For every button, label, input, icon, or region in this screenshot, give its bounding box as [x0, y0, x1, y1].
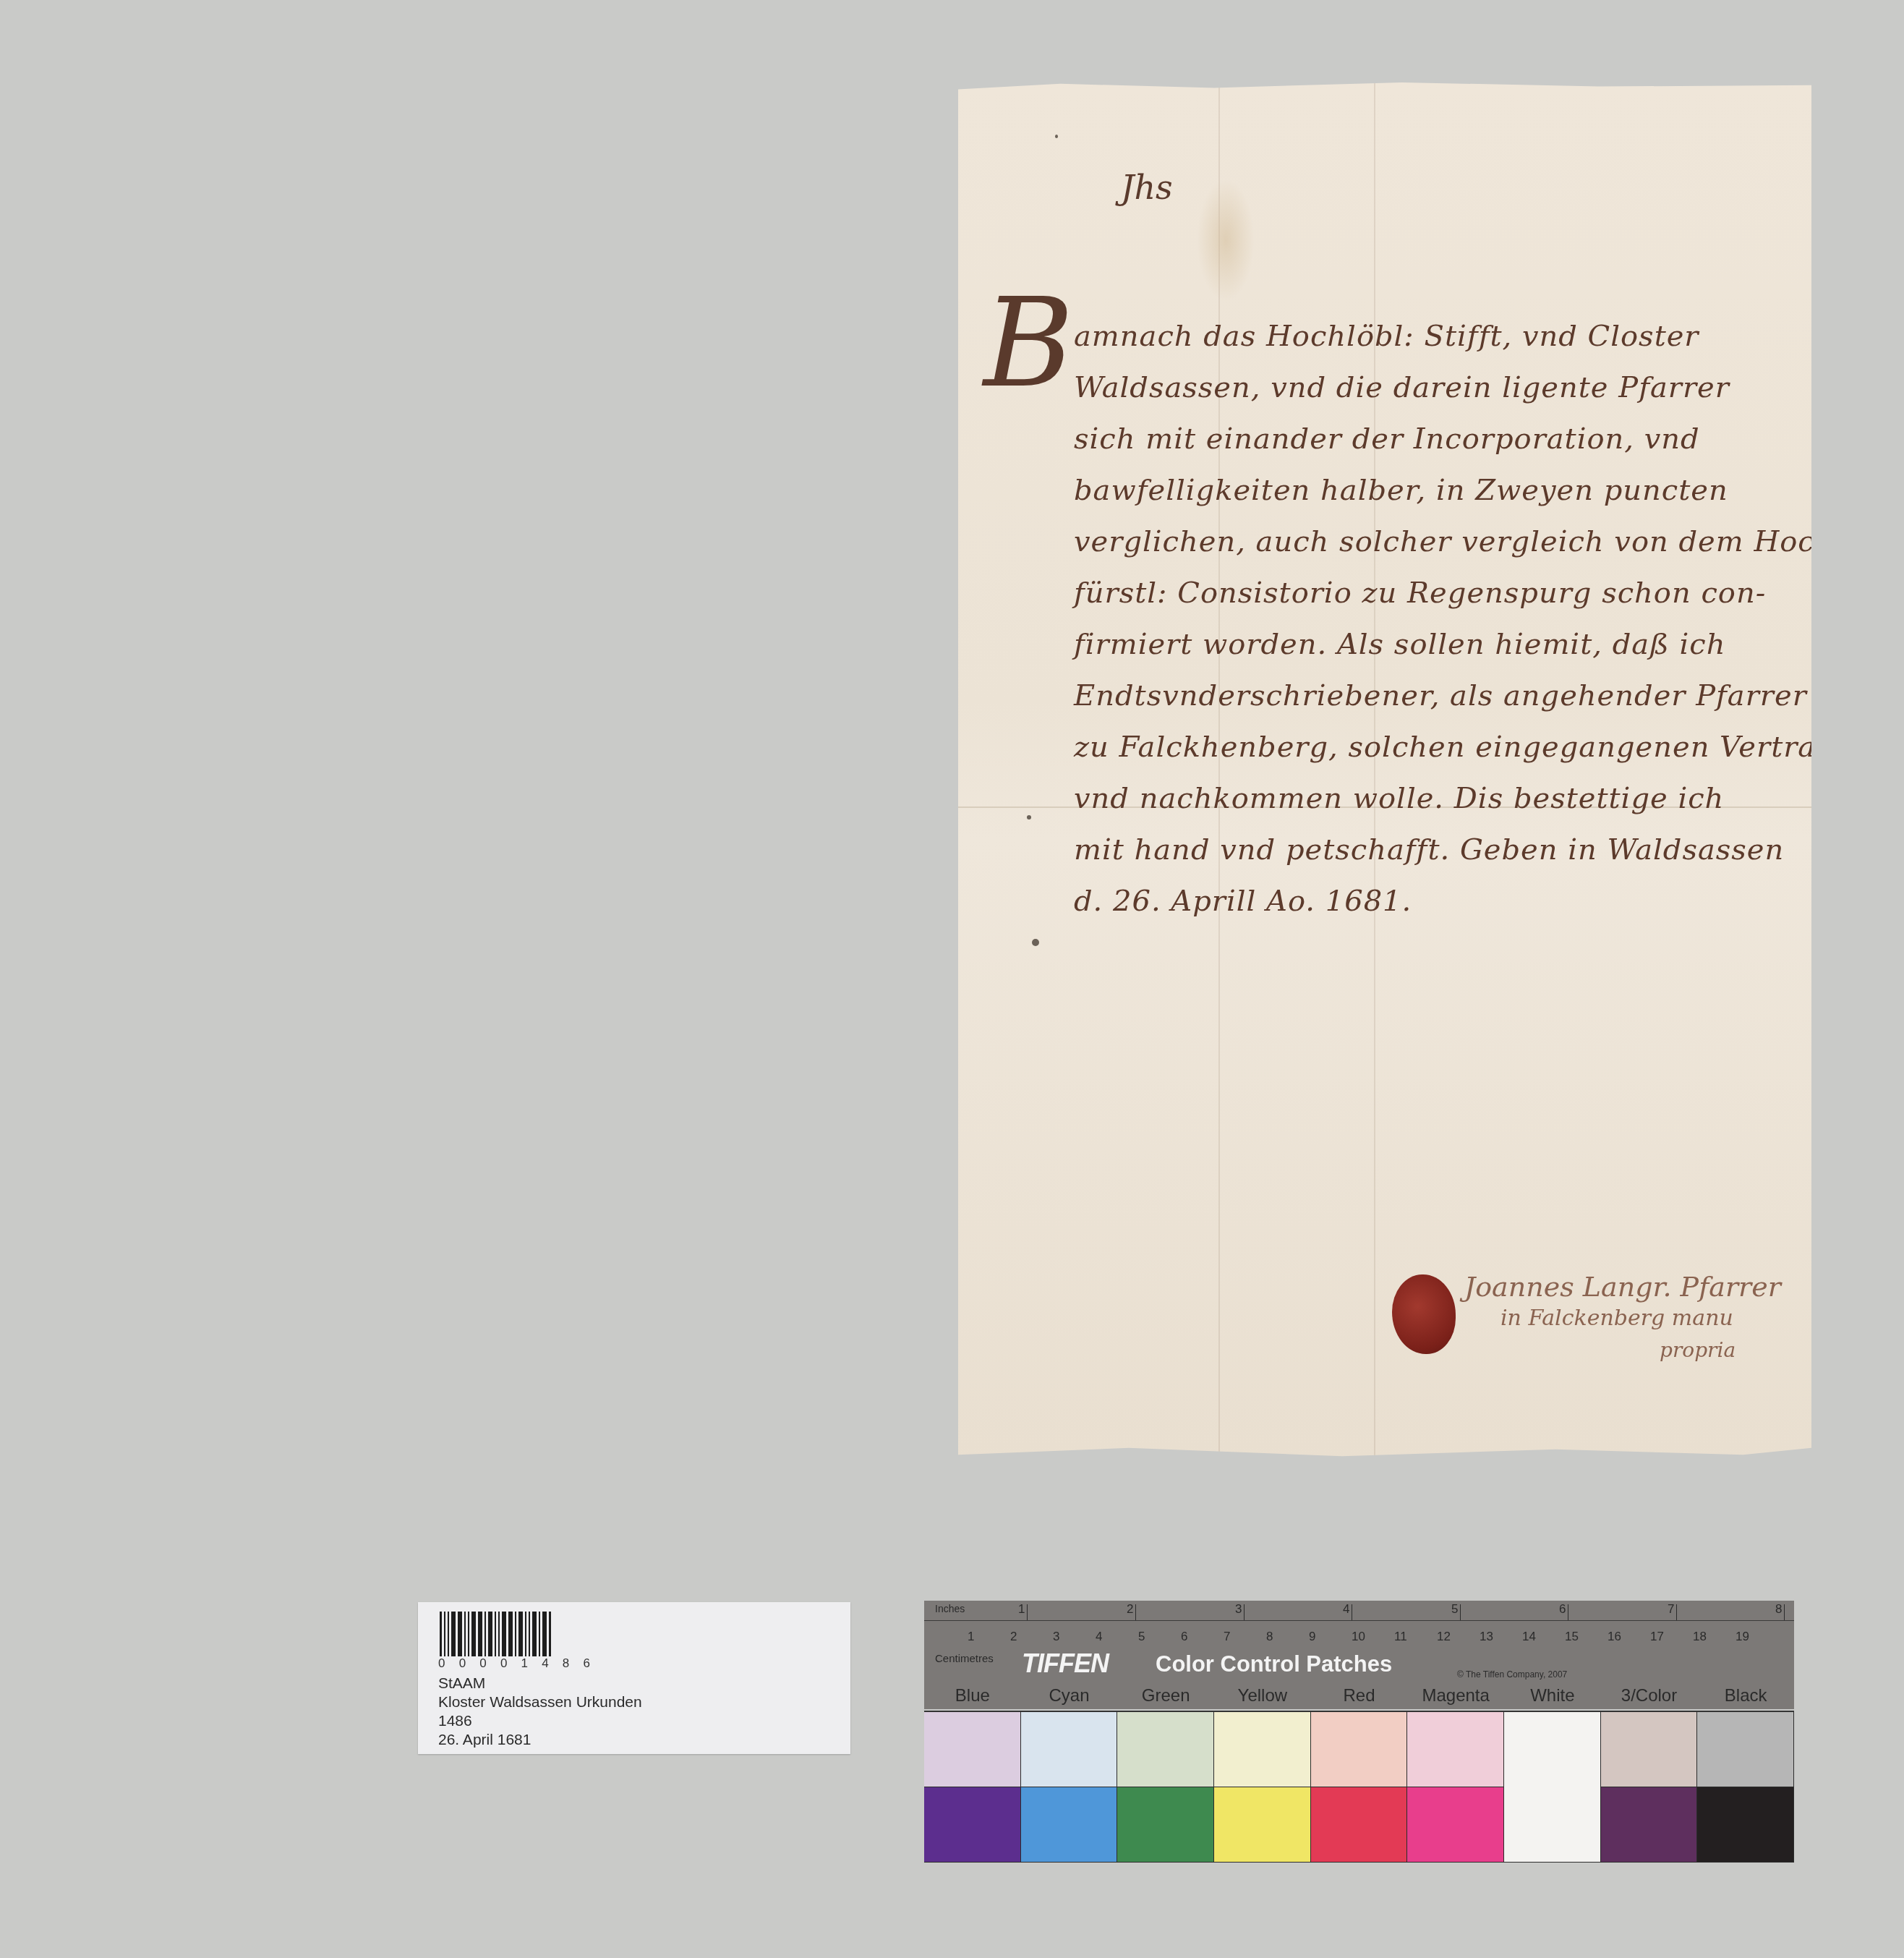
patch-white-light — [1504, 1712, 1601, 1863]
inch-mark: 6 — [1559, 1602, 1566, 1617]
cm-mark: 10 — [1352, 1630, 1365, 1644]
patch-3-color-light — [1601, 1712, 1698, 1787]
cm-mark: 15 — [1565, 1630, 1579, 1644]
text-line: Endtsvnderschriebener, als angehender Pf… — [1034, 671, 1772, 722]
cm-mark: 9 — [1309, 1630, 1315, 1644]
cm-mark: 16 — [1608, 1630, 1621, 1644]
patch-magenta-light — [1407, 1712, 1504, 1787]
inch-mark: 5 — [1451, 1602, 1458, 1617]
text-line: sich mit einander der Incorporation, vnd — [1034, 414, 1772, 465]
archive-label: 0 0 0 0 1 4 8 6 StAAM Kloster Waldsassen… — [418, 1602, 850, 1754]
barcode-digit: 0 — [438, 1656, 445, 1671]
cm-mark: 18 — [1693, 1630, 1707, 1644]
collection-name: Kloster Waldsassen Urkunden — [438, 1693, 642, 1712]
patch-labels: Blue Cyan Green Yellow Red Magenta White… — [924, 1686, 1794, 1708]
inch-mark: 3 — [1235, 1602, 1242, 1617]
cm-mark: 12 — [1437, 1630, 1451, 1644]
signature-line: propria — [1464, 1335, 1781, 1366]
patch-yellow-light — [1214, 1712, 1311, 1787]
barcode-number: 0 0 0 0 1 4 8 6 — [438, 1656, 590, 1671]
centimetres-label: Centimetres — [935, 1653, 994, 1665]
patch-label: Yellow — [1214, 1686, 1311, 1708]
signature-line: Joannes Langr. Pfarrer — [1464, 1271, 1781, 1303]
patch-label: Cyan — [1021, 1686, 1118, 1708]
text-line: zu Falckhenberg, solchen eingegangenen V… — [1034, 722, 1772, 773]
color-control-strip: Inches 1 2 3 4 5 6 7 8 1 2 3 4 5 6 7 8 — [924, 1601, 1794, 1863]
text-line: verglichen, auch solcher vergleich von d… — [1034, 516, 1772, 568]
patch-label: Blue — [924, 1686, 1021, 1708]
patch-label: White — [1504, 1686, 1601, 1708]
cm-mark: 4 — [1096, 1630, 1102, 1644]
patch-green-light — [1117, 1712, 1214, 1787]
patch-label: Magenta — [1407, 1686, 1504, 1708]
patch-label: 3/Color — [1601, 1686, 1698, 1708]
patch-3-color-dark — [1601, 1787, 1698, 1863]
barcode-digit: 0 — [479, 1656, 486, 1671]
cm-mark: 7 — [1224, 1630, 1230, 1644]
cm-mark: 1 — [968, 1630, 974, 1644]
patch-cyan-light — [1021, 1712, 1118, 1787]
cm-mark: 3 — [1053, 1630, 1059, 1644]
patch-yellow-dark — [1214, 1787, 1311, 1863]
barcode-digit: 0 — [459, 1656, 466, 1671]
inch-mark: 2 — [1127, 1602, 1133, 1617]
centimetre-ruler: 1 2 3 4 5 6 7 8 9 10 11 12 13 14 15 16 1… — [924, 1621, 1794, 1647]
barcode-digit: 4 — [542, 1656, 548, 1671]
patch-black-dark — [1697, 1787, 1794, 1863]
patch-blue-dark — [924, 1787, 1021, 1863]
patch-label: Black — [1697, 1686, 1794, 1708]
inch-mark: 4 — [1343, 1602, 1349, 1617]
strip-header: Inches 1 2 3 4 5 6 7 8 1 2 3 4 5 6 7 8 — [924, 1601, 1794, 1709]
invocation-heading: Jhs — [1121, 168, 1173, 207]
color-patch-grid — [924, 1711, 1794, 1863]
patch-label: Green — [1117, 1686, 1214, 1708]
patch-label: Red — [1311, 1686, 1408, 1708]
manuscript-page: Jhs B amnach das Hochlöbl: Stifft, vnd C… — [958, 81, 1811, 1459]
ink-speck — [1055, 135, 1058, 138]
text-line: fürstl: Consistorio zu Regenspurg schon … — [1034, 568, 1772, 619]
cm-mark: 14 — [1522, 1630, 1536, 1644]
text-line: vnd nachkommen wolle. Dis bestettige ich — [1034, 773, 1772, 825]
patch-magenta-dark — [1407, 1787, 1504, 1863]
barcode-digit: 0 — [500, 1656, 507, 1671]
patch-green-dark — [1117, 1787, 1214, 1863]
inch-ruler: Inches 1 2 3 4 5 6 7 8 — [924, 1601, 1794, 1621]
patch-red-light — [1311, 1712, 1408, 1787]
text-line: bawfelligkeiten halber, in Zweyen puncte… — [1034, 465, 1772, 516]
cm-mark: 11 — [1394, 1630, 1407, 1644]
barcode-digit: 6 — [583, 1656, 589, 1671]
barcode-digit: 1 — [521, 1656, 528, 1671]
copyright-text: © The Tiffen Company, 2007 — [1457, 1669, 1567, 1680]
inch-mark: 8 — [1775, 1602, 1782, 1617]
wax-seal-icon — [1392, 1274, 1456, 1354]
item-number: 1486 — [438, 1712, 642, 1731]
letter-body: amnach das Hochlöbl: Stifft, vnd Closter… — [1034, 311, 1772, 927]
cm-mark: 8 — [1266, 1630, 1273, 1644]
strip-title: Color Control Patches — [1156, 1651, 1392, 1677]
tiffen-logo: TIFFEN — [1022, 1648, 1109, 1679]
inches-label: Inches — [935, 1603, 965, 1614]
cm-mark: 19 — [1736, 1630, 1749, 1644]
patch-blue-light — [924, 1712, 1021, 1787]
label-text: StAAM Kloster Waldsassen Urkunden 1486 2… — [438, 1674, 642, 1750]
cm-mark: 13 — [1480, 1630, 1493, 1644]
patch-black-light — [1697, 1712, 1794, 1787]
text-line: Waldsassen, vnd die darein ligente Pfarr… — [1034, 362, 1772, 414]
ink-speck — [1032, 939, 1039, 946]
barcode-digit: 8 — [563, 1656, 569, 1671]
text-line: amnach das Hochlöbl: Stifft, vnd Closter — [1034, 311, 1772, 362]
inch-mark: 1 — [1018, 1602, 1025, 1617]
cm-mark: 2 — [1010, 1630, 1017, 1644]
patch-cyan-dark — [1021, 1787, 1118, 1863]
document-date: 26. April 1681 — [438, 1731, 642, 1750]
patch-red-dark — [1311, 1787, 1408, 1863]
signature: Joannes Langr. Pfarrer in Falckenberg ma… — [1464, 1271, 1781, 1366]
text-line: mit hand vnd petschafft. Geben in Waldsa… — [1034, 825, 1772, 876]
cm-mark: 5 — [1138, 1630, 1145, 1644]
inch-mark: 7 — [1668, 1602, 1674, 1617]
cm-mark: 17 — [1650, 1630, 1664, 1644]
signature-line: in Falckenberg manu — [1464, 1303, 1781, 1335]
text-line: firmiert worden. Als sollen hiemit, daß … — [1034, 619, 1772, 671]
cm-mark: 6 — [1181, 1630, 1187, 1644]
water-stain — [1197, 179, 1255, 302]
barcode-icon — [440, 1612, 553, 1656]
ink-speck — [1027, 815, 1031, 820]
text-line: d. 26. Aprill Ao. 1681. — [1034, 876, 1772, 927]
archive-name: StAAM — [438, 1674, 642, 1693]
